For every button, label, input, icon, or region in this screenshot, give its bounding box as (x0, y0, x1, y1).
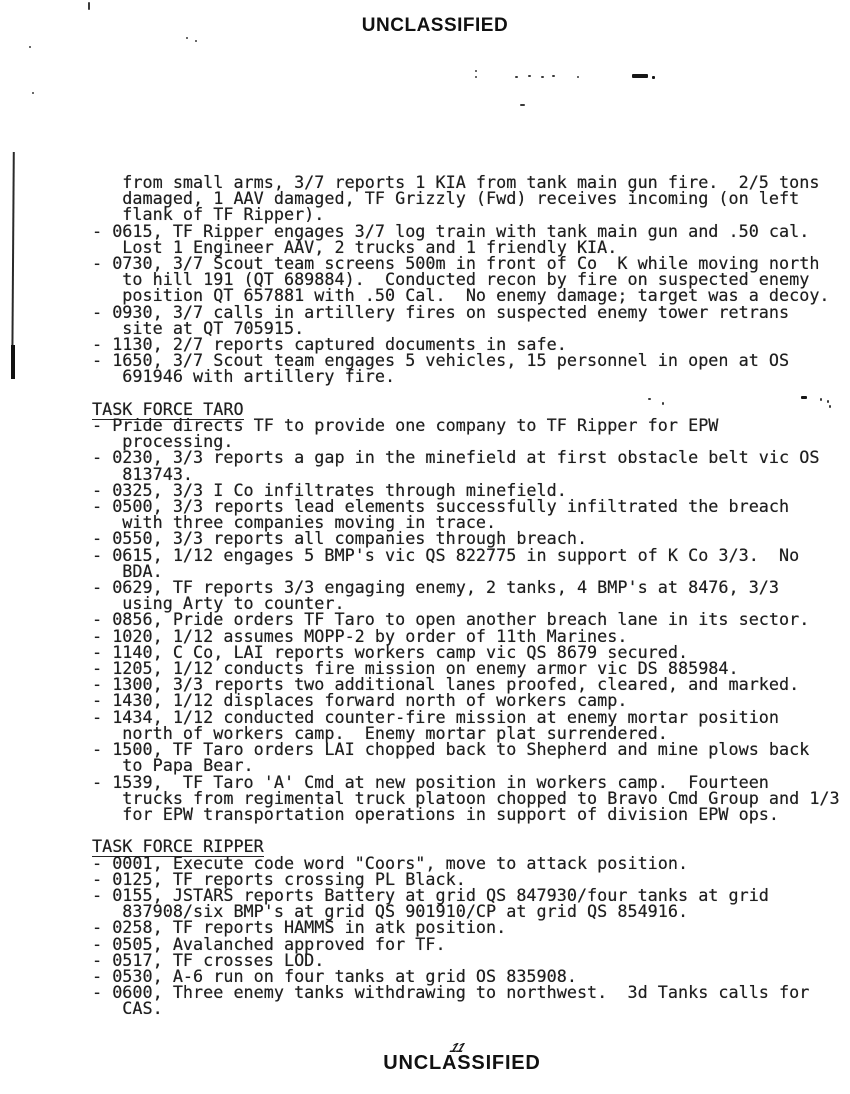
scan-artifact (195, 40, 197, 42)
scan-artifact (820, 398, 822, 401)
classification-banner-bottom: UNCLASSIFIED (74, 1052, 850, 1075)
section-lines: - Pride directs TF to provide one compan… (92, 417, 848, 822)
scan-artifact (520, 104, 525, 106)
scan-artifact (541, 76, 544, 78)
scan-artifact (475, 70, 477, 72)
scan-artifact (32, 92, 34, 94)
scan-artifact (662, 402, 664, 405)
scan-artifact (652, 76, 655, 79)
scan-artifact (186, 37, 188, 39)
scan-artifact (827, 400, 829, 403)
scan-artifact (829, 405, 831, 408)
scan-artifact (29, 46, 31, 48)
scan-artifact (632, 74, 648, 78)
section-lines: - 0001, Execute code word "Coors", move … (92, 855, 848, 1017)
document-body: from small arms, 3/7 reports 1 KIA from … (92, 174, 848, 1017)
scan-artifact (648, 398, 651, 400)
document-page: UNCLASSIFIED from small arms, 3/7 report… (0, 0, 850, 1094)
scan-artifact (552, 75, 555, 77)
scan-artifact (801, 396, 807, 399)
scan-edge-line-thick (11, 345, 15, 379)
scan-artifact (577, 76, 579, 78)
section-lines: from small arms, 3/7 reports 1 KIA from … (92, 174, 848, 385)
scan-artifact (528, 75, 531, 77)
classification-banner-top: UNCLASSIFIED (20, 15, 850, 37)
scan-artifact (88, 2, 90, 10)
scan-artifact (515, 76, 518, 78)
scan-artifact (475, 76, 477, 78)
